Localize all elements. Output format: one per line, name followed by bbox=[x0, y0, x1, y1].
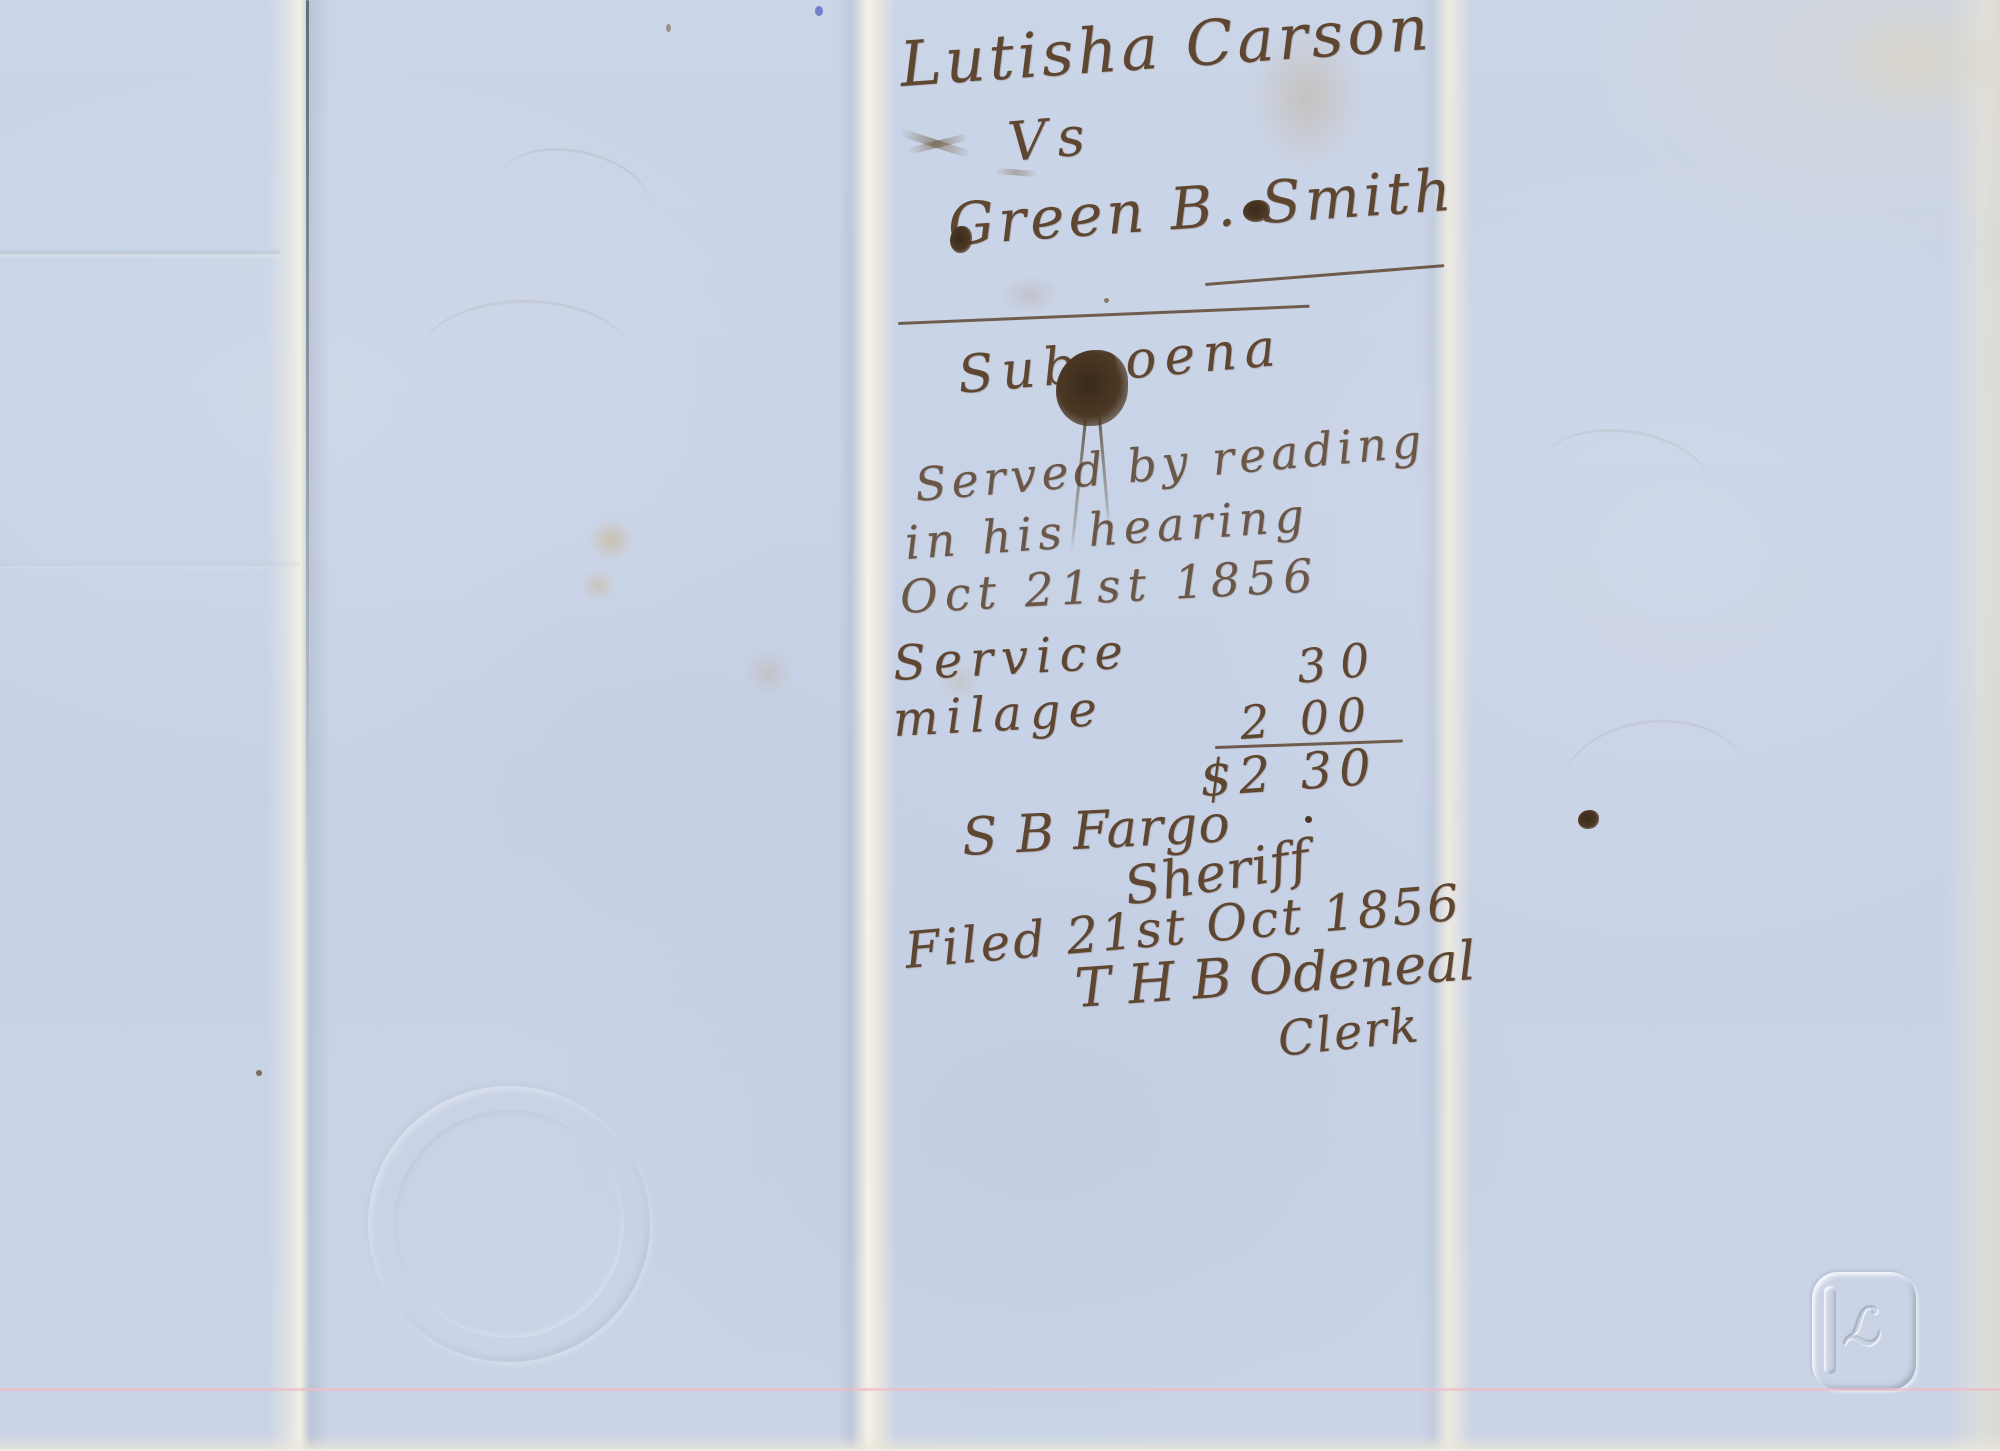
ghost-mark-2 bbox=[1534, 419, 1715, 535]
smith-underline bbox=[1205, 264, 1444, 286]
ink-blot-smith-s bbox=[1243, 200, 1270, 222]
blue-speck-top bbox=[815, 6, 823, 16]
ink-blot-right-panel bbox=[1578, 810, 1599, 829]
stamp-ridge-bar bbox=[1824, 1286, 1836, 1374]
ghost-mark-4 bbox=[493, 135, 657, 247]
fold-crease-left-line bbox=[306, 0, 309, 900]
speck-top-left-panel bbox=[666, 24, 671, 32]
ink-blot-subpoena bbox=[1056, 350, 1128, 426]
ghost-mark-1 bbox=[420, 300, 630, 413]
fee-mileage-amount: 2 00 bbox=[1238, 691, 1375, 746]
clerk-title: Clerk bbox=[1275, 1001, 1422, 1064]
fold-crease-center bbox=[838, 0, 896, 1451]
ink-dot-under-total bbox=[1305, 816, 1312, 823]
ghost-mark-3 bbox=[1554, 710, 1757, 862]
horizontal-crease-lower-left bbox=[0, 560, 300, 570]
service-note-line1: Served by reading bbox=[913, 417, 1428, 508]
scanned-document-page: Lutisha Carson Vs Green B. Smith Subpoen… bbox=[0, 0, 2000, 1451]
stain-left-panel-1 bbox=[588, 518, 634, 562]
stain-near-service bbox=[742, 648, 794, 698]
speck-under-rule bbox=[1104, 298, 1109, 303]
pink-ledger-line bbox=[0, 1388, 2000, 1391]
fee-mileage-label: milage bbox=[892, 685, 1106, 744]
horizontal-crease-upper-left bbox=[0, 248, 280, 258]
paper-right-edge bbox=[1945, 0, 2000, 1451]
plaintiff-name: Lutisha Carson bbox=[898, 0, 1434, 96]
stamp-figure-icon: ℒ bbox=[1842, 1298, 1879, 1358]
embossed-seal bbox=[368, 1086, 650, 1362]
fee-service-label: Service bbox=[892, 628, 1132, 688]
versus-label: Vs bbox=[1006, 109, 1097, 170]
stain-under-title bbox=[1000, 275, 1060, 315]
ink-blot-green-g bbox=[950, 226, 972, 253]
paper-bottom-edge bbox=[0, 1435, 2000, 1451]
speck-left-lower bbox=[256, 1070, 262, 1076]
stain-left-panel-2 bbox=[580, 568, 616, 602]
fee-service-amount: 30 bbox=[1295, 635, 1386, 690]
fold-crease-left bbox=[268, 0, 330, 1451]
embossed-paper-stamp: ℒ bbox=[1812, 1272, 1916, 1390]
